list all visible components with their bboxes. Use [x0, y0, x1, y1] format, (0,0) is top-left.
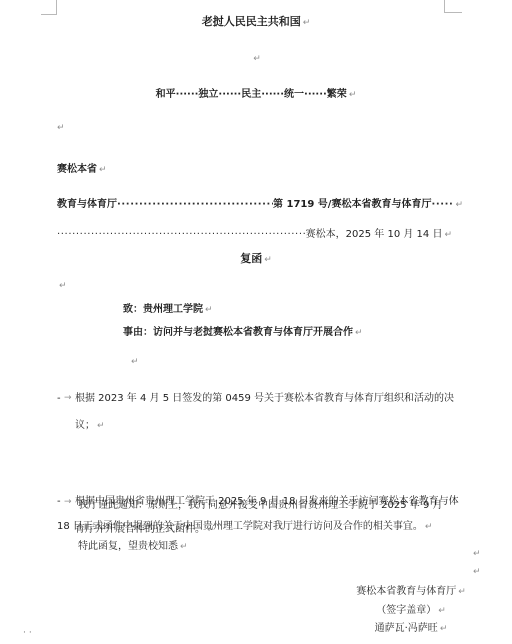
- paragraph-mark-icon: ↵: [97, 421, 105, 431]
- paragraph-mark-icon: ↵: [349, 90, 357, 100]
- signature-organization: 赛松本省教育与体育厅: [356, 586, 456, 597]
- paragraph-mark-icon: ↵: [455, 200, 463, 210]
- signature-seal-note: （签字盖章）: [376, 605, 436, 616]
- paragraph-mark-icon: ↵: [473, 567, 481, 577]
- paragraph-mark-icon: ↵: [303, 18, 311, 28]
- province-name: 赛松本省: [57, 164, 97, 175]
- empty-paragraph: ↵: [57, 280, 67, 291]
- province-line: 赛松本省↵: [57, 160, 107, 175]
- paragraph-mark-icon: ↵: [264, 255, 272, 265]
- paragraph-mark-icon: ↵: [440, 624, 448, 634]
- empty-paragraph: ↵: [0, 53, 512, 64]
- national-motto: 和平······独立······民主······统一······繁荣: [156, 89, 347, 100]
- signature-organization-line: 赛松本省教育与体育厅↵: [332, 583, 490, 602]
- paragraph-mark-icon: ↵: [131, 357, 139, 367]
- text-boundary-mark-top-right-icon: [444, 0, 462, 13]
- paragraph-mark-icon: ↵: [438, 606, 446, 616]
- paragraph-mark-icon: ↵: [205, 305, 213, 315]
- empty-paragraph: ↵: [471, 566, 481, 577]
- recipient: 致：贵州理工学院: [123, 304, 203, 315]
- signer-name: 通萨瓦·冯萨旺: [375, 623, 438, 634]
- place-date: 赛松本，2025 年 10 月 14 日: [306, 225, 443, 240]
- paragraph-mark-icon: ↵: [180, 542, 188, 552]
- national-motto-line: 和平······独立······民主······统一······繁荣↵: [0, 85, 512, 100]
- empty-paragraph: ↵: [55, 122, 65, 133]
- country-title: 老挝人民民主共和国: [202, 15, 301, 28]
- department-ref-line: 教育与体育厅 ·································…: [57, 195, 463, 210]
- empty-paragraph: ↵: [471, 548, 481, 559]
- footer-marks: ··: [23, 628, 35, 638]
- tab-mark-icon: →: [64, 385, 72, 412]
- paragraph-mark-icon: ↵: [425, 522, 433, 532]
- signature-block: 赛松本省教育与体育厅↵ （签字盖章）↵ 通萨瓦·冯萨旺↵: [332, 583, 490, 639]
- paragraph-mark-icon: ↵: [99, 165, 107, 175]
- doc-type-line: 复函↵: [0, 250, 512, 266]
- trailing-dots: ·····: [431, 199, 453, 210]
- paragraph-mark-icon: ↵: [444, 230, 452, 240]
- leader-dots: ········································…: [117, 199, 273, 210]
- paragraph-mark-icon: ↵: [458, 587, 466, 597]
- doc-type-title: 复函: [240, 252, 262, 265]
- whereas-clause-1: - → 根据 2023 年 4 月 5 日签发的第 0459 号关于赛松本省教育…: [57, 385, 461, 440]
- whereas-clause-1-text: 根据 2023 年 4 月 5 日签发的第 0459 号关于赛松本省教育与体育厅…: [75, 393, 454, 431]
- paragraph-mark-icon: ↵: [355, 328, 363, 338]
- signature-name-line: 通萨瓦·冯萨旺↵: [332, 620, 490, 639]
- recipient-line: 致：贵州理工学院↵: [123, 300, 213, 315]
- closing-line: 特此函复，望贵校知悉↵: [57, 536, 456, 558]
- paragraph-mark-icon: ↵: [59, 281, 67, 291]
- empty-paragraph: ↵: [129, 356, 139, 367]
- signature-seal-line: （签字盖章）↵: [332, 602, 490, 621]
- paragraph-mark-icon: ↵: [57, 123, 65, 133]
- footer-dots: ··: [23, 628, 35, 638]
- subject-line: 事由：访问并与老挝赛松本省教育与体育厅开展合作↵: [123, 323, 363, 338]
- word-document-page: 老挝人民民主共和国↵ ↵ 和平······独立······民主······统一·…: [0, 0, 512, 644]
- bullet-dash: -: [57, 385, 61, 412]
- paragraph-mark-icon: ↵: [473, 549, 481, 559]
- department-name: 教育与体育厅: [57, 195, 117, 210]
- paragraph-mark-icon: ↵: [253, 54, 261, 64]
- subject: 事由：访问并与老挝赛松本省教育与体育厅开展合作: [123, 327, 353, 338]
- closing-text: 特此函复，望贵校知悉: [78, 541, 178, 552]
- body-paragraph: 我厅谨此通知：原则上，我厅同意并接受中国贵州省贵州理工学院于 2025 年 9 …: [57, 495, 456, 538]
- country-title-line: 老挝人民民主共和国↵: [0, 13, 512, 29]
- ref-number: 第 1719 号/赛松本省教育与体育厅: [273, 195, 431, 210]
- leader-dots: ········································…: [57, 229, 306, 240]
- place-date-line: ········································…: [57, 225, 452, 240]
- body-paragraph-text: 我厅谨此通知：原则上，我厅同意并接受中国贵州省贵州理工学院于 2025 年 9 …: [57, 500, 443, 532]
